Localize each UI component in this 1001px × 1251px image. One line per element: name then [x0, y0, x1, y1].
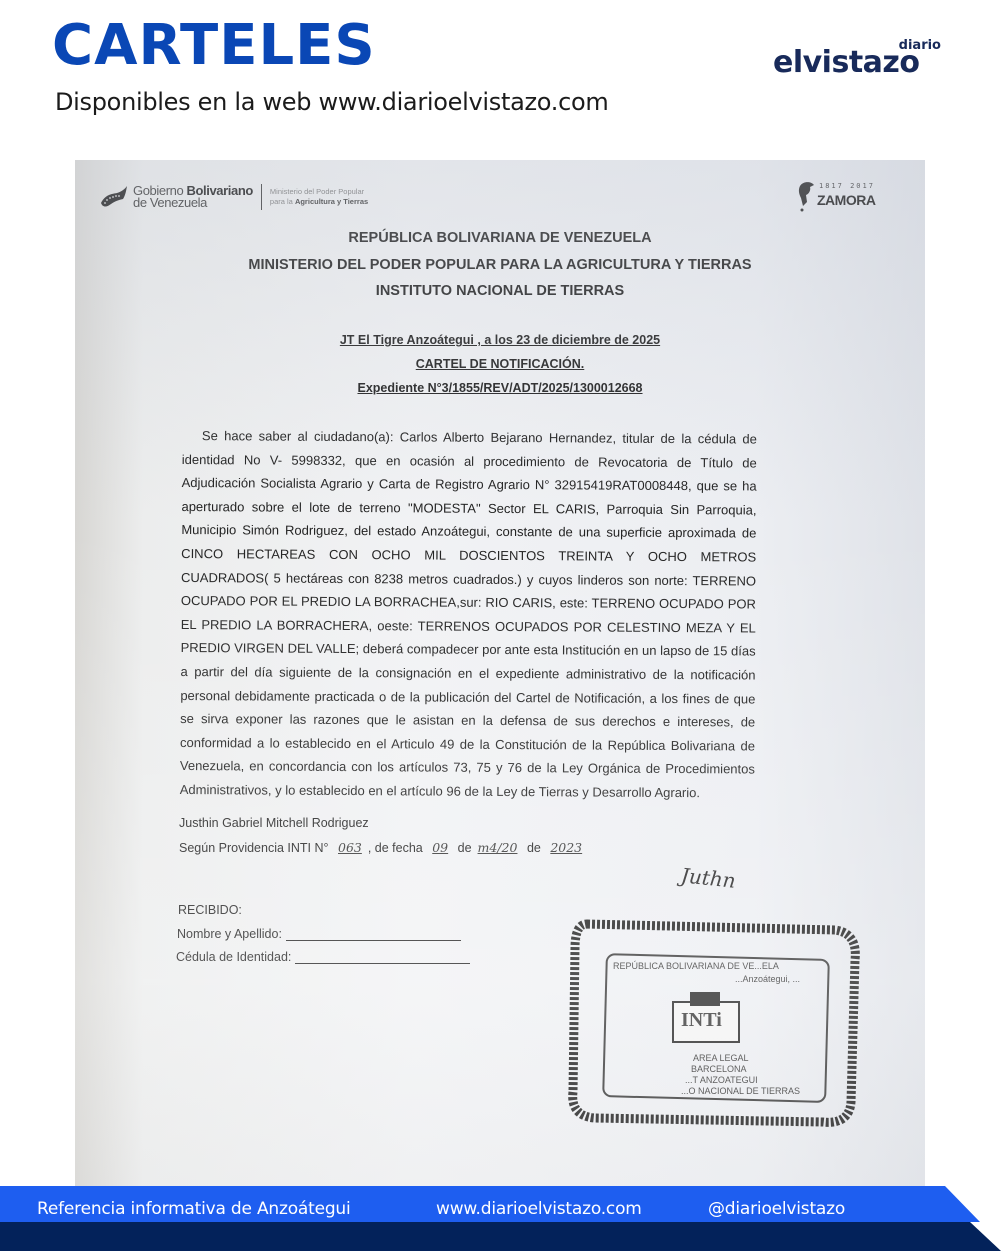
footer-tagline: Referencia informativa de Anzoátegui: [37, 1199, 351, 1219]
place-date: JT El Tigre Anzoátegui , a los 23 de dic…: [75, 333, 925, 347]
government-logo: Gobierno Bolivariano de Venezuela Minist…: [99, 184, 368, 210]
blank-line: [295, 951, 470, 964]
providence-line: Según Providencia INTI N° 063, de fecha …: [179, 840, 588, 855]
footer-bar: [0, 1222, 1001, 1251]
received-name-field: Nombre y Apellido:: [177, 927, 461, 941]
blank-line: [286, 928, 461, 941]
page-title: CARTELES: [52, 18, 376, 74]
heading-republic: REPÚBLICA BOLIVARIANA DE VENEZUELA: [75, 230, 925, 246]
file-number: Expediente N°3/1855/REV/ADT/2025/1300012…: [75, 381, 925, 395]
heading-ministry: MINISTERIO DEL PODER POPULAR PARA LA AGR…: [75, 257, 925, 273]
footer-social-handle[interactable]: @diarioelvistazo: [708, 1199, 845, 1219]
official-stamp: REPÚBLICA BOLIVARIANA DE VE...ELA ...Anz…: [565, 912, 865, 1134]
notice-body: Se hace saber al ciudadano(a): Carlos Al…: [180, 424, 757, 805]
page-subtitle: Disponibles en la web www.diarioelvistaz…: [55, 88, 608, 116]
notice-document-image: Gobierno Bolivariano de Venezuela Minist…: [75, 160, 925, 1186]
logo-divider: [261, 184, 262, 210]
signer-name: Justhin Gabriel Mitchell Rodriguez: [179, 816, 369, 830]
brand-logo: diario elvistazo: [773, 36, 945, 82]
received-id-field: Cédula de Identidad:: [176, 950, 470, 964]
received-label: RECIBIDO:: [178, 903, 242, 917]
inti-logo: INTi: [681, 1009, 722, 1032]
brand-logo-name: elvistazo: [773, 48, 919, 78]
providence-month: m4/20: [472, 840, 524, 855]
providence-year: 2023: [544, 840, 588, 855]
providence-day: 09: [426, 840, 454, 855]
notice-title: CARTEL DE NOTIFICACIÓN.: [75, 357, 925, 371]
heading-institute: INSTITUTO NACIONAL DE TIERRAS: [75, 283, 925, 299]
zamora-logo: 1817 2017 ZAMORA: [797, 178, 877, 218]
venezuela-map-flag-icon: [99, 185, 129, 209]
footer-website-link[interactable]: www.diarioelvistazo.com: [436, 1199, 642, 1219]
government-logo-text: Gobierno Bolivariano de Venezuela: [133, 185, 253, 209]
ministry-logo-text: Ministerio del Poder Popular para la Agr…: [270, 187, 368, 207]
providence-number: 063: [332, 840, 368, 855]
handwritten-signature: Juthn: [680, 863, 737, 893]
zamora-portrait-icon: [797, 180, 817, 214]
